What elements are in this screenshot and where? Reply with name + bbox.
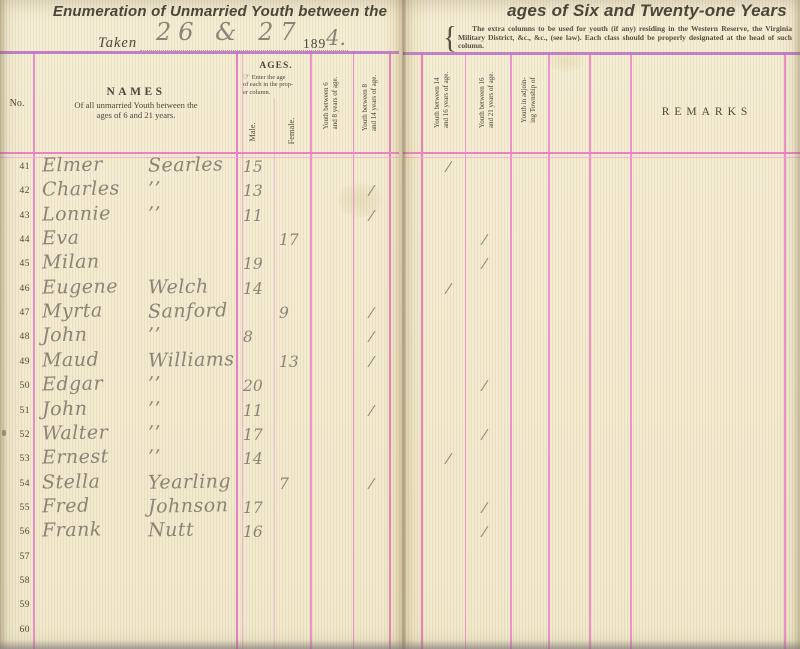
row-number: 43	[2, 211, 30, 221]
last-name: ’’	[148, 445, 162, 470]
tally-16-21: /	[481, 376, 488, 397]
table-row: 51 John ’’ 11 /	[0, 398, 800, 422]
row-number: 45	[2, 259, 30, 269]
row-number: 51	[2, 406, 30, 416]
row-number: 49	[2, 357, 30, 367]
row-number: 60	[2, 625, 30, 635]
table-row: 43 Lonnie ’’ 11 /	[0, 203, 800, 227]
first-name: Maud	[42, 347, 100, 373]
first-name: Myrta	[42, 299, 103, 325]
table-row: 53 Ernest ’’ 14 /	[0, 446, 800, 470]
last-name: ’’	[148, 202, 162, 227]
male-age: 15	[243, 156, 263, 178]
male-age: 14	[243, 448, 263, 470]
row-number: 52	[2, 430, 30, 440]
row-number: 55	[2, 503, 30, 513]
tally-16-21: /	[481, 522, 488, 543]
row-number: 54	[2, 479, 30, 489]
last-name: Yearling	[148, 469, 232, 495]
tally-14-16: /	[445, 449, 452, 470]
first-name: Stella	[42, 469, 101, 495]
tally-8-14: /	[368, 205, 375, 226]
tally-16-21: /	[481, 254, 488, 275]
last-name: Nutt	[148, 518, 195, 544]
last-name: Johnson	[148, 493, 229, 519]
table-row: 50 Edgar ’’ 20 /	[0, 373, 800, 397]
tally-8-14: /	[368, 181, 375, 202]
table-row: 45 Milan 19 /	[0, 251, 800, 275]
tally-16-21: /	[481, 498, 488, 519]
table-row: 46 Eugene Welch 14 /	[0, 276, 800, 300]
female-age: 7	[279, 473, 289, 495]
male-age: 8	[243, 326, 253, 348]
row-number: 56	[2, 527, 30, 537]
row-number: 47	[2, 308, 30, 318]
first-name: Charles	[42, 177, 120, 203]
table-row: 57	[0, 544, 800, 568]
last-name: Welch	[148, 274, 209, 300]
male-age: 11	[243, 400, 263, 422]
male-age: 19	[243, 253, 263, 275]
male-age: 17	[243, 497, 263, 519]
tally-8-14: /	[368, 352, 375, 373]
table-row: 54 Stella Yearling 7 /	[0, 471, 800, 495]
tally-16-21: /	[481, 425, 488, 446]
tally-14-16: /	[445, 279, 452, 300]
row-number: 46	[2, 284, 30, 294]
table-row: 55 Fred Johnson 17 /	[0, 495, 800, 519]
male-age: 20	[243, 375, 263, 397]
female-age: 13	[279, 351, 299, 373]
table-row: 58	[0, 568, 800, 592]
table-row: 48 John ’’ 8 /	[0, 324, 800, 348]
tally-8-14: /	[368, 400, 375, 421]
tally-8-14: /	[368, 473, 375, 494]
male-age: 13	[243, 180, 263, 202]
first-name: Fred	[42, 493, 90, 519]
first-name: Lonnie	[42, 201, 111, 227]
last-name: ’’	[148, 396, 162, 421]
last-name: Williams	[148, 347, 235, 374]
male-age: 17	[243, 424, 263, 446]
ledger-spread: Enumeration of Unmarried Youth between t…	[0, 0, 800, 649]
tally-8-14: /	[368, 303, 375, 324]
male-age: 11	[243, 205, 263, 227]
table-row: 41 Elmer Searles 15 /	[0, 154, 800, 178]
male-age: 14	[243, 278, 263, 300]
table-row: 60	[0, 617, 800, 641]
first-name: Elmer	[42, 152, 103, 178]
first-name: Milan	[42, 250, 100, 276]
tally-8-14: /	[368, 327, 375, 348]
table-row: 47 Myrta Sanford 9 /	[0, 300, 800, 324]
last-name: ’’	[148, 323, 162, 348]
row-number: 44	[2, 235, 30, 245]
tally-16-21: /	[481, 230, 488, 251]
first-name: Walter	[42, 420, 109, 446]
first-name: Eva	[42, 226, 80, 252]
row-number: 50	[2, 381, 30, 391]
first-name: Ernest	[42, 445, 109, 471]
row-number: 42	[2, 186, 30, 196]
row-number: 59	[2, 600, 30, 610]
first-name: Edgar	[42, 372, 104, 398]
table-row: 49 Maud Williams 13 /	[0, 349, 800, 373]
table-row: 59	[0, 592, 800, 616]
female-age: 9	[279, 302, 289, 324]
row-number: 48	[2, 332, 30, 342]
row-number: 53	[2, 454, 30, 464]
row-number: 58	[2, 576, 30, 586]
female-age: 17	[279, 229, 299, 251]
last-name: ’’	[148, 372, 162, 397]
first-name: John	[42, 323, 88, 349]
last-name: ’’	[148, 421, 162, 446]
last-name: ’’	[148, 177, 162, 202]
male-age: 16	[243, 521, 263, 543]
table-row: 52 Walter ’’ 17 /	[0, 422, 800, 446]
first-name: John	[42, 396, 88, 422]
first-name: Eugene	[42, 274, 118, 300]
row-number: 41	[2, 162, 30, 172]
tally-14-16: /	[445, 157, 452, 178]
table-row: 42 Charles ’’ 13 /	[0, 178, 800, 202]
last-name: Sanford	[148, 298, 228, 324]
first-name: Frank	[42, 518, 102, 544]
row-number: 57	[2, 552, 30, 562]
last-name: Searles	[148, 152, 224, 178]
table-row: 56 Frank Nutt 16 /	[0, 519, 800, 543]
table-body: 41 Elmer Searles 15 / 42 Charles ’’ 13 /…	[0, 0, 800, 649]
table-row: 44 Eva 17 /	[0, 227, 800, 251]
